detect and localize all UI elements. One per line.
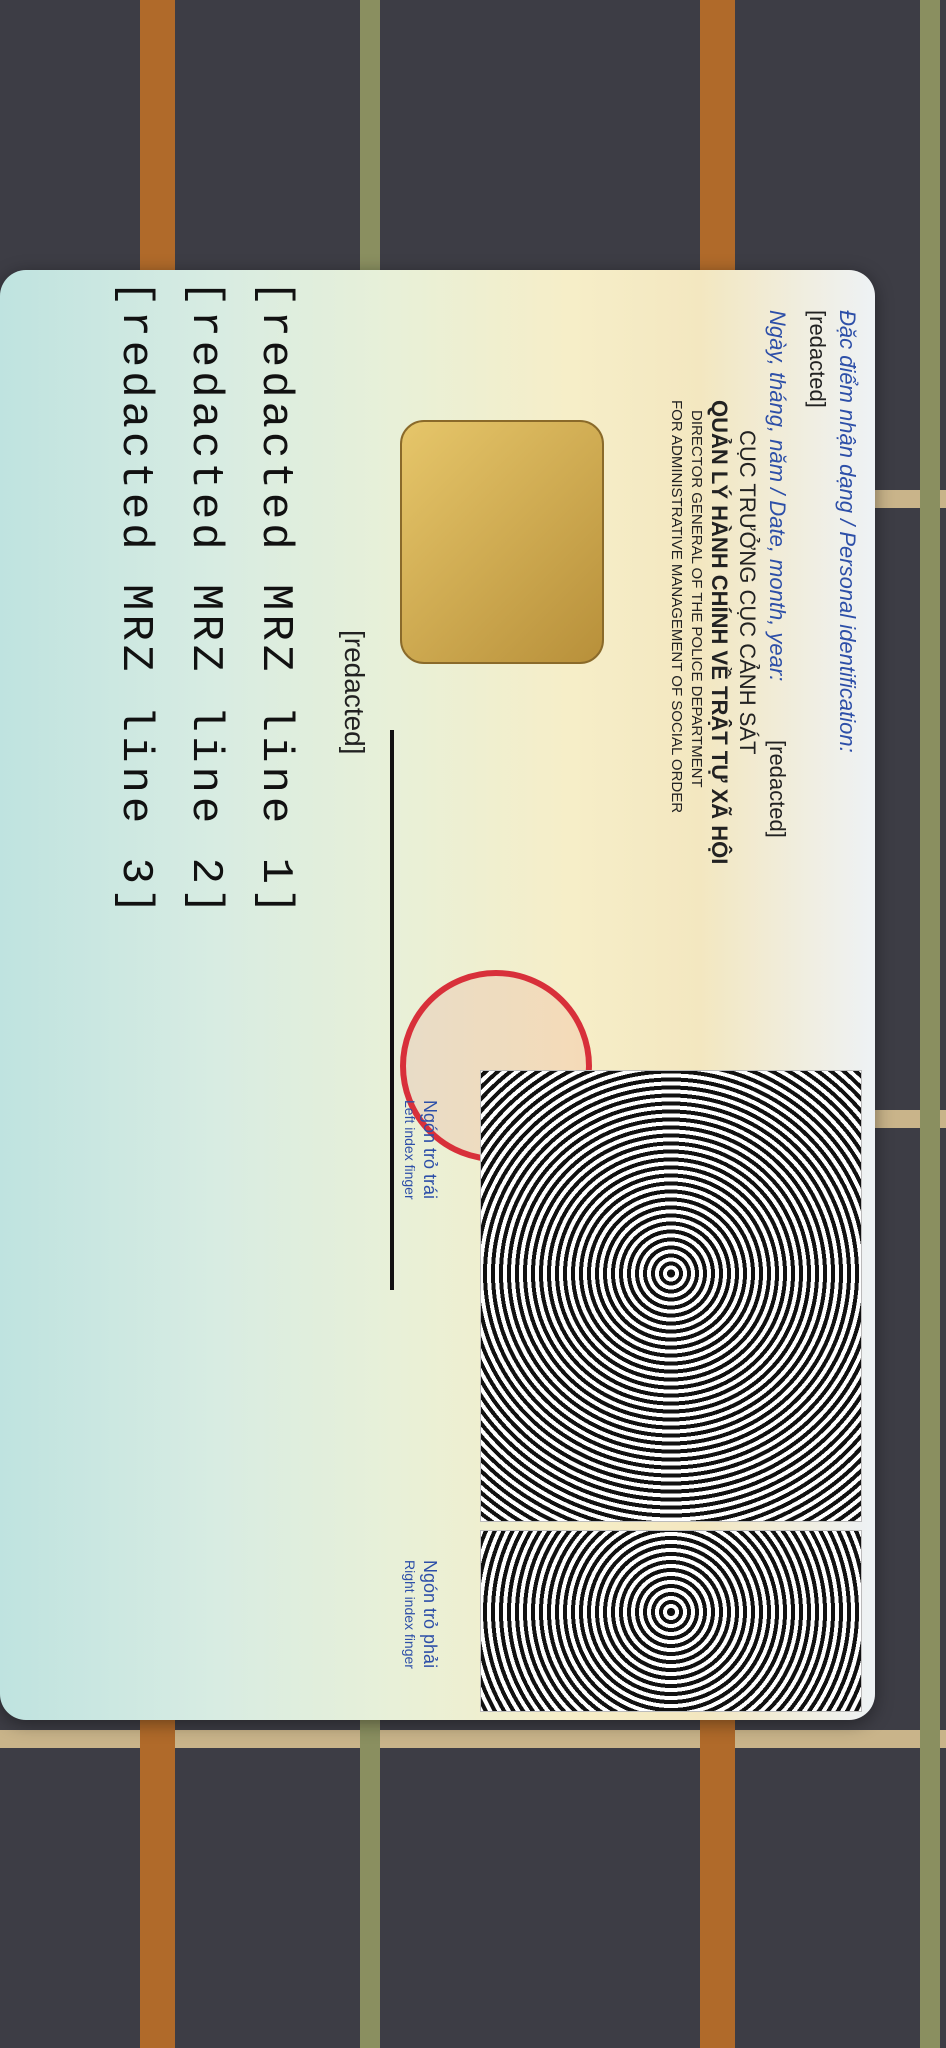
mrz-line-3: [redacted MRZ line 3] [110, 280, 160, 919]
issue-date-value: [redacted] [764, 740, 790, 838]
right-fingerprint [480, 1530, 862, 1712]
personal-id-label: Đặc điểm nhận dạng / Personal identifica… [834, 310, 860, 753]
left-finger-label-en: Left index finger [402, 1100, 418, 1200]
issuer-en-2: FOR ADMINISTRATIVE MANAGEMENT OF SOCIAL … [668, 400, 685, 813]
right-finger-label-en: Right index finger [402, 1560, 418, 1669]
left-fingerprint [480, 1070, 862, 1522]
issue-date-label: Ngày, tháng, năm / Date, month, year: [764, 310, 790, 681]
issuer-en: DIRECTOR GENERAL OF THE POLICE DEPARTMEN… [688, 410, 705, 788]
right-finger-label: Ngón trỏ phải [419, 1560, 440, 1668]
signer-name: [redacted] [338, 630, 370, 755]
chip-icon [400, 420, 604, 664]
left-finger-label: Ngón trỏ trái [419, 1100, 440, 1199]
mrz-line-2: [redacted MRZ line 2] [180, 280, 230, 919]
issuer-title: CỤC TRƯỞNG CỤC CẢNH SÁT [734, 430, 760, 754]
issuer-title-2: QUẢN LÝ HÀNH CHÍNH VỀ TRẬT TỰ XÃ HỘI [706, 400, 732, 864]
personal-id-value: [redacted] [804, 310, 830, 408]
signature [390, 730, 424, 1290]
mrz-line-1: [redacted MRZ line 1] [250, 280, 300, 919]
id-card-back: Đặc điểm nhận dạng / Personal identifica… [0, 270, 875, 1720]
